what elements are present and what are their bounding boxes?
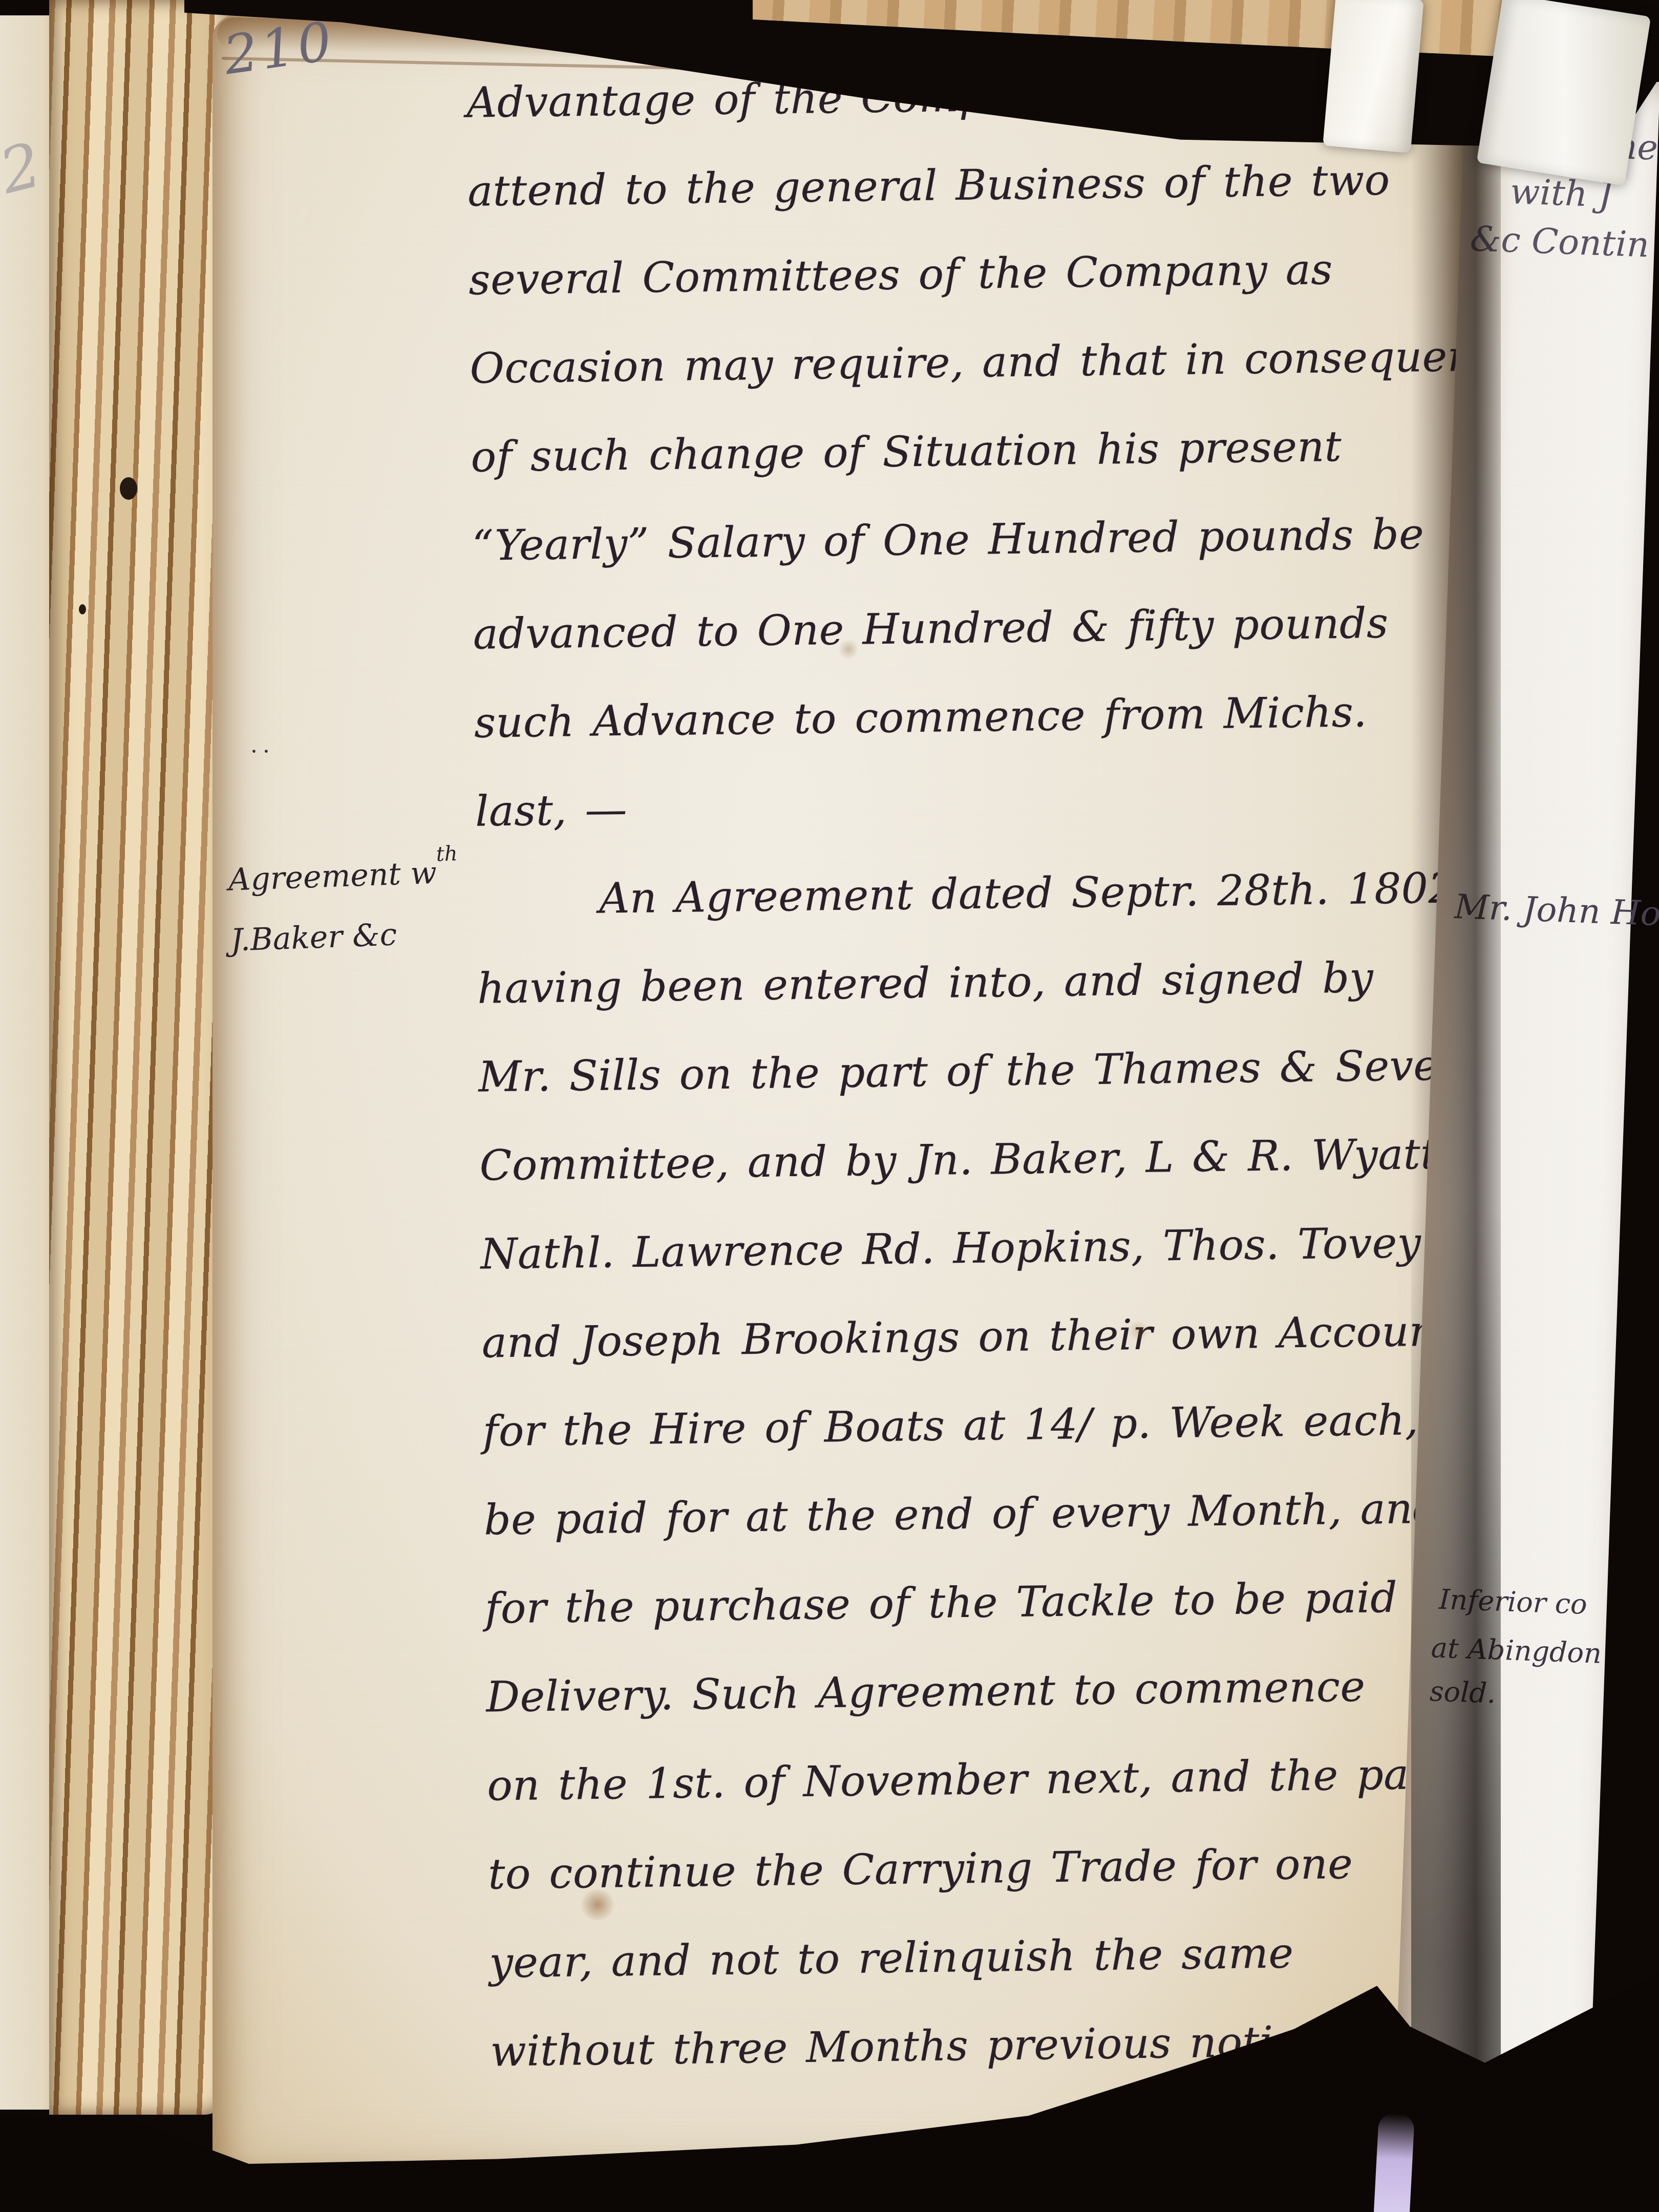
text-line: An Agreement dated Septr. 28th. 1802	[599, 864, 1456, 923]
foxing-spot	[579, 1889, 616, 1920]
text-line: for the Hire of Boats at 14/ p. Week eac…	[482, 1395, 1479, 1456]
manuscript-text: Advantage of the Company, and to attend …	[199, 5, 1480, 2186]
foxing-spot	[837, 640, 860, 658]
text-line: Nathl. Lawrence Rd. Hopkins, Thos. Tovey	[480, 1219, 1421, 1279]
foxing-spot	[1126, 1321, 1150, 1341]
text-line: Occasion may require, and that in conseq…	[470, 332, 1524, 393]
text-line: year, and not to relinquish the same	[489, 1929, 1294, 1987]
text-line: Mr. Sills on the part of the Thames & Se…	[478, 1041, 1486, 1102]
faint-page-marks: 2	[0, 130, 48, 208]
text-line: for the purchase of the Tackle to be pai…	[485, 1572, 1469, 1633]
text-line: such Advance to commence from Michs.	[474, 688, 1367, 747]
book-photograph: 2 210 ·· Agreement wth J.Baker &c Advant…	[0, 0, 1659, 2212]
text-line: on the 1st. of November next, and the pa…	[487, 1749, 1507, 1810]
book-gutter-shadow	[1411, 72, 1501, 2125]
text-line: to continue the Carrying Trade for one	[488, 1840, 1353, 1899]
text-line: advanced to One Hundred & fifty pounds	[473, 599, 1389, 659]
text-line: be paid for at the end of every Month, a…	[483, 1484, 1440, 1545]
ink-fleck	[79, 604, 86, 614]
bookmark-tab	[1323, 0, 1423, 153]
text-line: several Committees of the Company as	[469, 245, 1333, 305]
ink-fleck	[120, 477, 137, 500]
bookmark-tab	[1477, 0, 1651, 186]
text-line: last, —	[475, 785, 628, 836]
ribbon-reflection	[1374, 2113, 1415, 2212]
text-line: attend to the general Business of the tw…	[467, 156, 1390, 216]
text-line: and Joseph Brookings on their own Accoun…	[481, 1307, 1454, 1367]
text-line: Delivery. Such Agreement to commence	[486, 1663, 1366, 1722]
text-line: having been entered into, and signed by	[477, 953, 1374, 1013]
text-line: “Yearly” Salary of One Hundred pounds be	[472, 510, 1424, 570]
text-line: Committee, and by Jn. Baker, L & R. Wyat…	[479, 1130, 1438, 1190]
text-line: of such change of Situation his present	[471, 422, 1342, 482]
left-page: 210 ·· Agreement wth J.Baker &c Advantag…	[212, 13, 1467, 2179]
